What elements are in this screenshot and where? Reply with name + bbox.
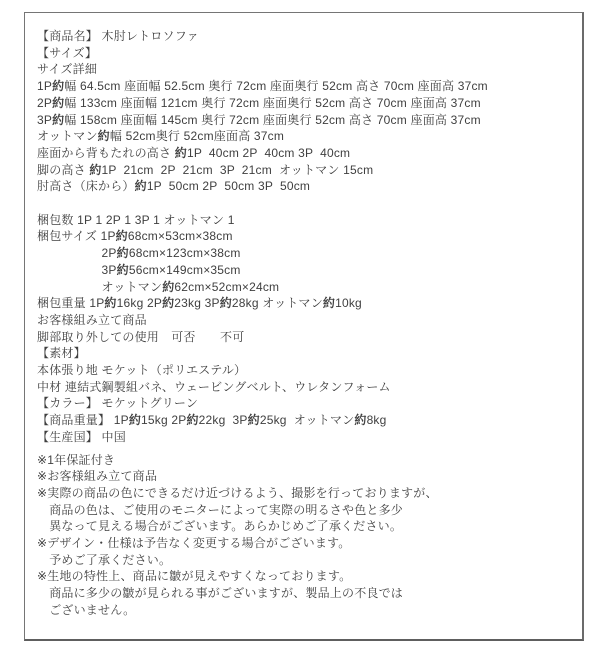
note-color-line-2: 商品の色は、ご使用のモニターによって実際の明るさや色と多少 [37, 502, 574, 519]
leg-height-line: 脚の高さ 約1P 21cm 2P 21cm 3P 21cm オットマン 15cm [37, 162, 574, 179]
package-count-line: 梱包数 1P 1 2P 1 3P 1 オットマン 1 [37, 212, 574, 229]
note-fabric-line-2: 商品に多少の皺が見られる事がございますが、製品上の不良では [37, 585, 574, 602]
note-assembly-line: ※お客様組み立て商品 [37, 468, 574, 485]
note-fabric-line-3: ございません。 [37, 602, 574, 619]
size-1p-line: 1P約幅 64.5cm 座面幅 52.5cm 奥行 72cm 座面奥行 52cm… [37, 78, 574, 95]
backrest-height-line: 座面から背もたれの高さ 約1P 40cm 2P 40cm 3P 40cm [37, 145, 574, 162]
note-color-line-1: ※実際の商品の色にできるだけ近づけるよう、撮影を行っておりますが、 [37, 485, 574, 502]
package-size-3p-line: 3P約56cm×149cm×35cm [37, 262, 574, 279]
note-design-line-1: ※デザイン・仕様は予告なく変更する場合がございます。 [37, 535, 574, 552]
note-fabric-line-1: ※生地の特性上、商品に皺が見えやすくなっております。 [37, 568, 574, 585]
size-2p-line: 2P約幅 133cm 座面幅 121cm 奥行 72cm 座面奥行 52cm 高… [37, 95, 574, 112]
package-size-2p-line: 2P約68cm×123cm×38cm [37, 245, 574, 262]
leg-removal-line: 脚部取り外しての使用 可否 不可 [37, 329, 574, 346]
size-heading-line: 【サイズ】 [37, 45, 574, 62]
upholstery-line: 本体張り地 モケット（ポリエステル） [37, 362, 574, 379]
product-name-line: 【商品名】 木肘レトロソファ [37, 28, 574, 45]
assembly-line: お客様組み立て商品 [37, 312, 574, 329]
material-heading-line: 【素材】 [37, 345, 574, 362]
inner-material-line: 中材 連結式鋼製組バネ、ウェービングベルト、ウレタンフォーム [37, 379, 574, 396]
note-design-line-2: 予めご了承ください。 [37, 552, 574, 569]
country-line: 【生産国】 中国 [37, 429, 574, 446]
notes-section: ※1年保証付き ※お客様組み立て商品 ※実際の商品の色にできるだけ近づけるよう、… [37, 452, 574, 619]
spec-section: 【商品名】 木肘レトロソファ 【サイズ】 サイズ詳細 1P約幅 64.5cm 座… [37, 28, 574, 446]
size-ottoman-line: オットマン約幅 52cm奥行 52cm座面高 37cm [37, 128, 574, 145]
note-warranty-line: ※1年保証付き [37, 452, 574, 469]
color-line: 【カラー】 モケットグリーン [37, 395, 574, 412]
armrest-height-line: 肘高さ（床から）約1P 50cm 2P 50cm 3P 50cm [37, 178, 574, 195]
product-weight-line: 【商品重量】 1P約15kg 2P約22kg 3P約25kg オットマン約8kg [37, 412, 574, 429]
product-spec-panel: 【商品名】 木肘レトロソファ 【サイズ】 サイズ詳細 1P約幅 64.5cm 座… [24, 12, 584, 641]
package-size-ottoman-line: オットマン約62cm×52cm×24cm [37, 279, 574, 296]
size-detail-label: サイズ詳細 [37, 61, 574, 78]
package-size-1p-line: 梱包サイズ 1P約68cm×53cm×38cm [37, 228, 574, 245]
blank-line [37, 195, 574, 212]
package-weight-line: 梱包重量 1P約16kg 2P約23kg 3P約28kg オットマン約10kg [37, 295, 574, 312]
size-3p-line: 3P約幅 158cm 座面幅 145cm 奥行 72cm 座面奥行 52cm 高… [37, 112, 574, 129]
note-color-line-3: 異なって見える場合がございます。あらかじめご了承ください。 [37, 518, 574, 535]
